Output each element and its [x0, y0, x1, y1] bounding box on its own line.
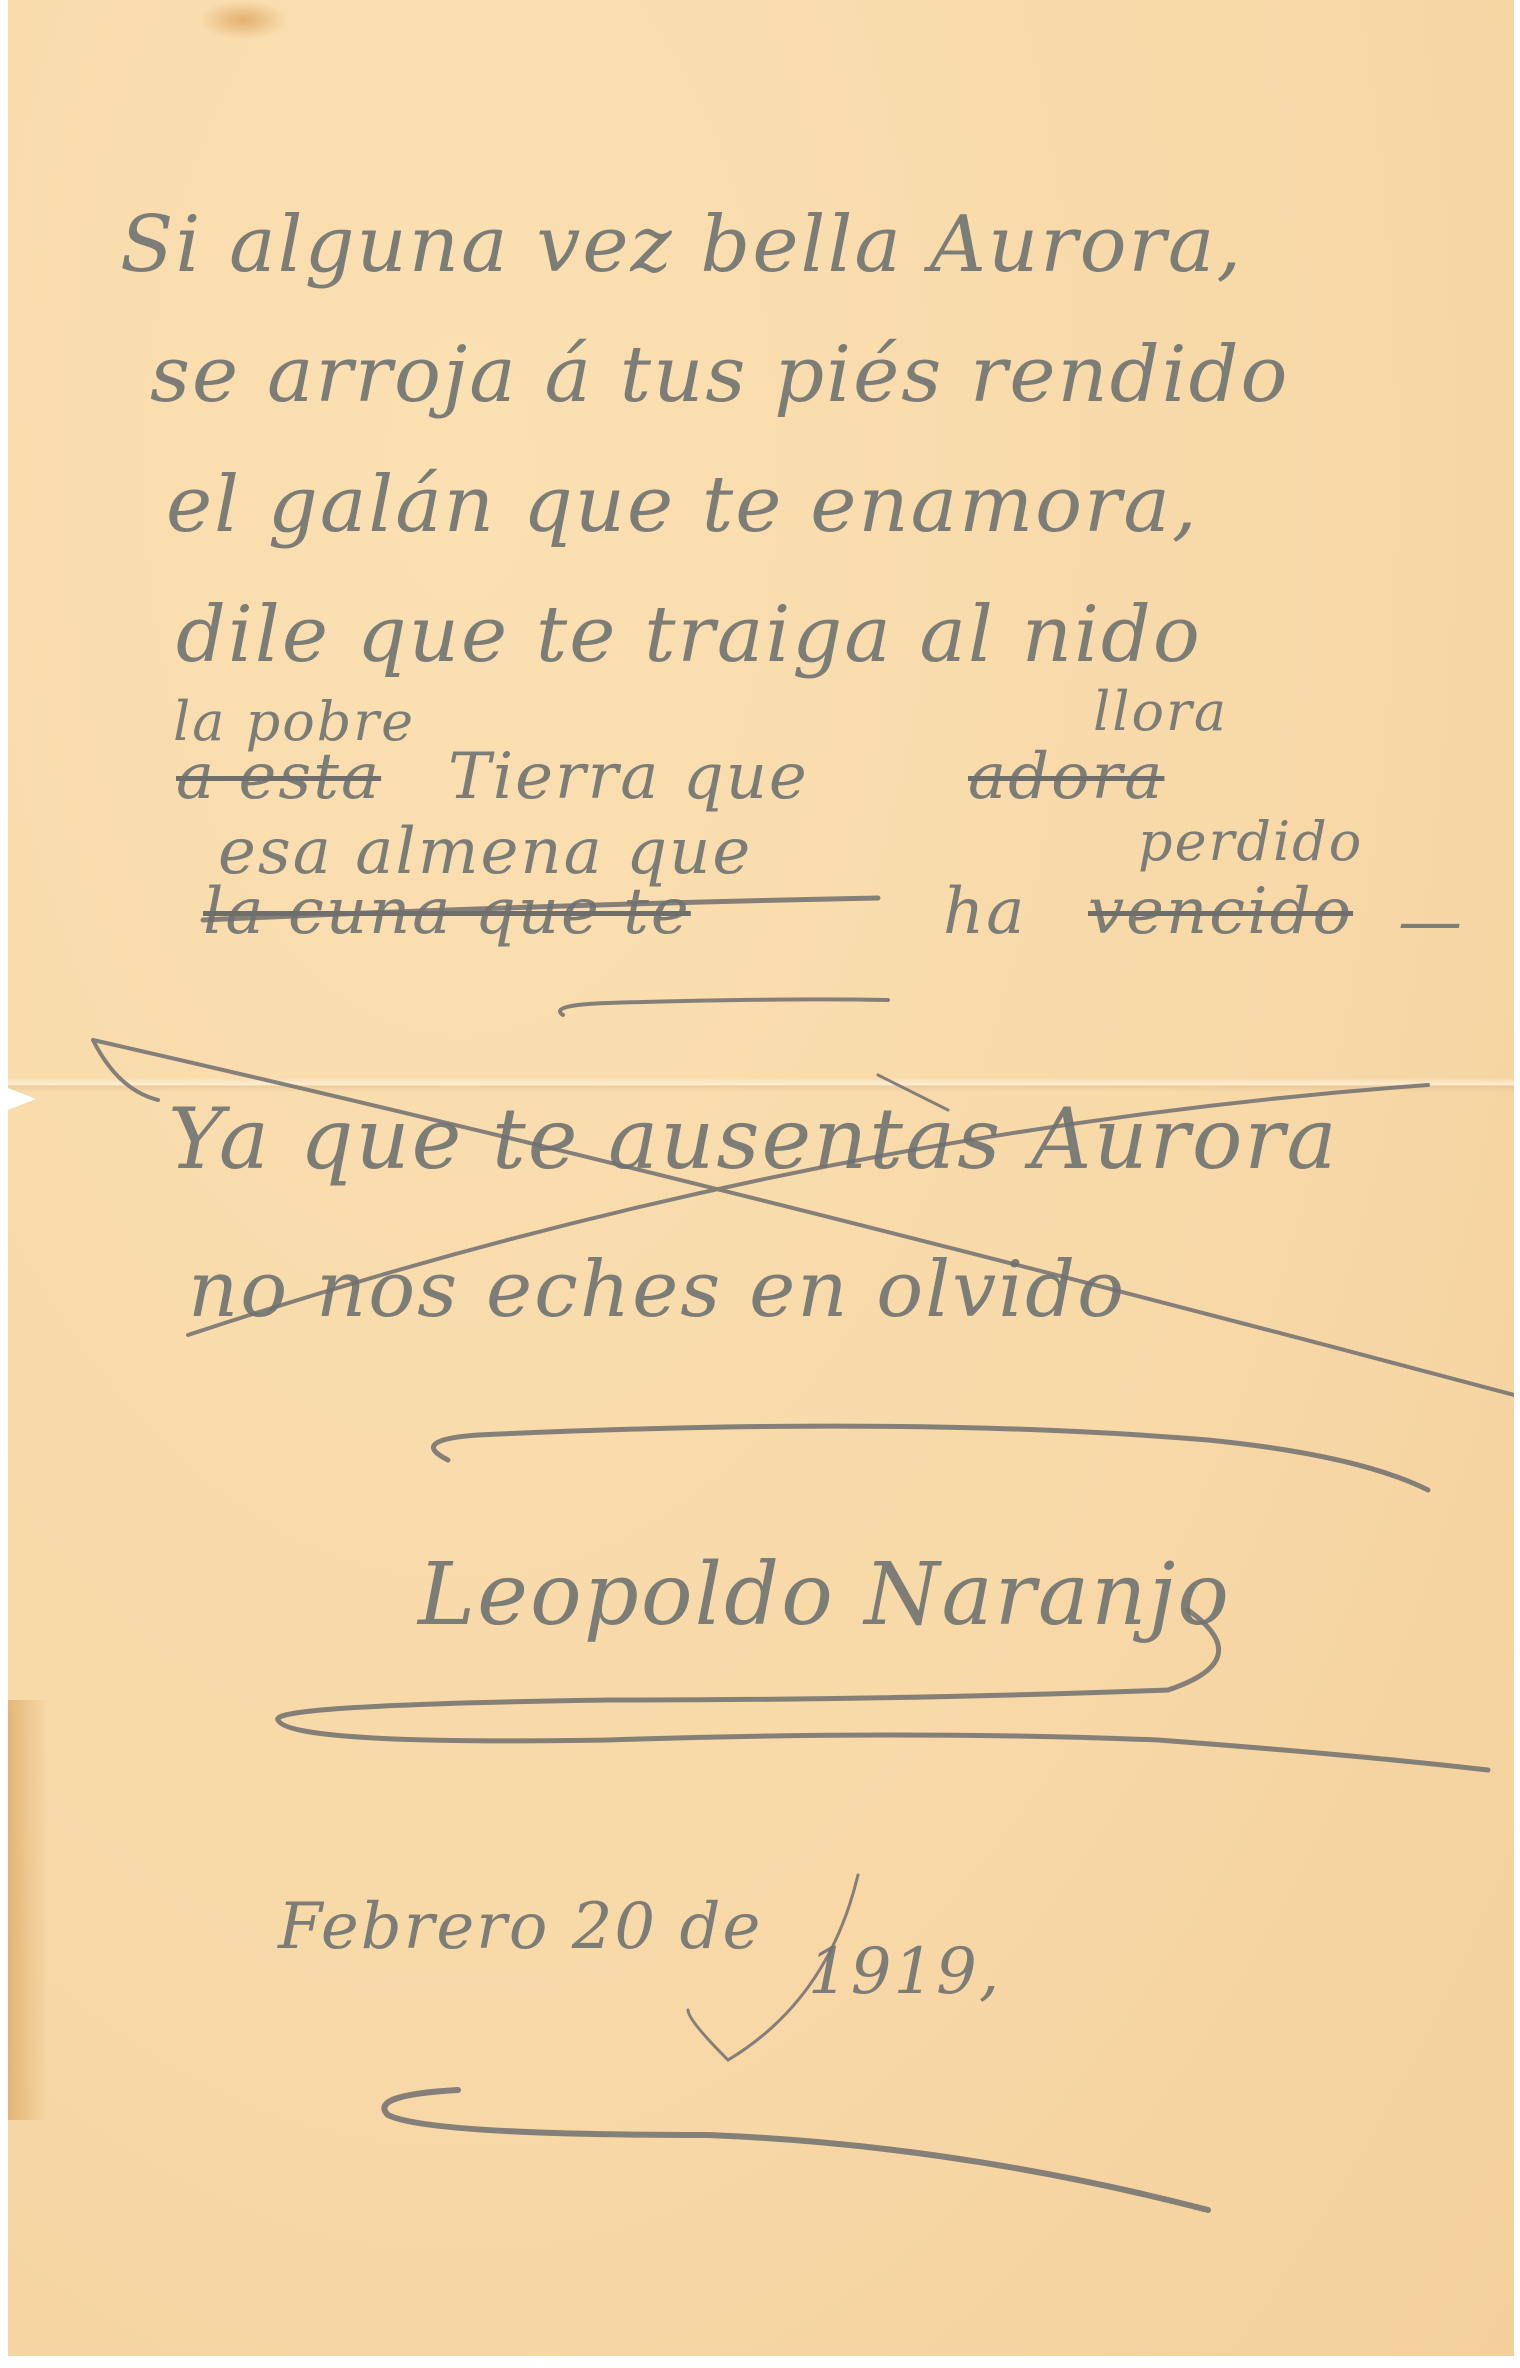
flourish-underline-icon	[560, 999, 888, 1015]
signature-underline-icon	[278, 1610, 1488, 1770]
flourish-above-signature-icon	[433, 1426, 1428, 1490]
bottom-flourish-icon	[384, 2090, 1208, 2210]
pencil-strokes	[8, 0, 1514, 2356]
strike-line-icon	[203, 898, 878, 920]
manuscript-page: Si alguna vez bella Aurora, se arroja á …	[8, 0, 1514, 2356]
cross-out-line-1-icon	[93, 1040, 1514, 1395]
